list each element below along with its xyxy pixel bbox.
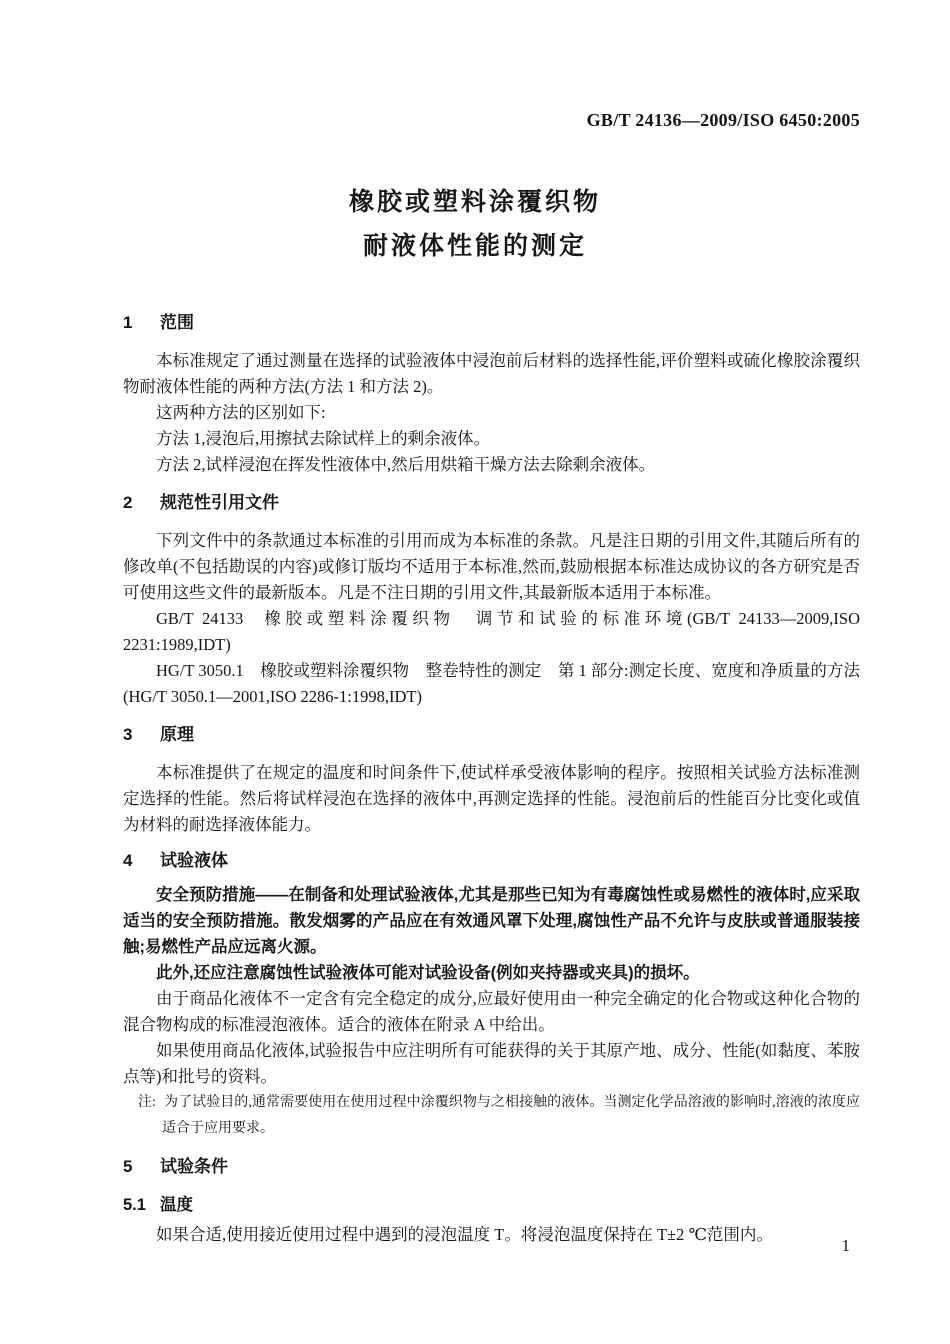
- paragraph: 方法 1,浸泡后,用擦拭去除试样上的剩余液体。: [123, 426, 860, 452]
- paragraph: 这两种方法的区别如下:: [123, 400, 860, 426]
- subsection-number: 5.1: [123, 1196, 146, 1214]
- section-number: 1: [123, 310, 160, 336]
- section-heading-principle: 3原理: [123, 722, 860, 748]
- section-number: 2: [123, 490, 160, 516]
- section-heading-scope: 1范围: [123, 310, 860, 336]
- paragraph: 本标准规定了通过测量在选择的试验液体中浸泡前后材料的选择性能,评价塑料或硫化橡胶…: [123, 348, 860, 400]
- section-number: 3: [123, 722, 160, 748]
- paragraph: 由于商品化液体不一定含有完全稳定的成分,应最好使用由一种完全确定的化合物或这种化…: [123, 986, 860, 1038]
- document-title: 橡胶或塑料涂覆织物 耐液体性能的测定: [0, 180, 950, 268]
- note-label: 注:: [138, 1095, 156, 1110]
- paragraph: 下列文件中的条款通过本标准的引用而成为本标准的条款。凡是注日期的引用文件,其随后…: [123, 528, 860, 606]
- section-title: 范围: [160, 313, 194, 332]
- section-number: 4: [123, 848, 160, 874]
- safety-warning-paragraph: 安全预防措施——在制备和处理试验液体,尤其是那些已知为有毒腐蚀性或易燃性的液体时…: [123, 882, 860, 960]
- safety-warning-paragraph: 此外,还应注意腐蚀性试验液体可能对试验设备(例如夹持器或夹具)的损坏。: [123, 960, 860, 986]
- reference-entry: GB/T 24133 橡胶或塑料涂覆织物 调节和试验的标准环境(GB/T 241…: [123, 606, 860, 658]
- section-heading-test-liquids: 4试验液体: [123, 848, 860, 874]
- subsection-title: 温度: [160, 1196, 193, 1214]
- document-page: GB/T 24136—2009/ISO 6450:2005 橡胶或塑料涂覆织物 …: [0, 0, 950, 1344]
- section-title: 试验条件: [160, 1157, 228, 1176]
- title-line-1: 橡胶或塑料涂覆织物: [0, 180, 950, 224]
- subsection-heading-temperature: 5.1温度: [123, 1192, 860, 1218]
- paragraph: 本标准提供了在规定的温度和时间条件下,使试样承受液体影响的程序。按照相关试验方法…: [123, 760, 860, 838]
- paragraph: 如果使用商品化液体,试验报告中应注明所有可能获得的关于其原产地、成分、性能(如黏…: [123, 1038, 860, 1090]
- section-heading-normative-references: 2规范性引用文件: [123, 490, 860, 516]
- paragraph: 如果合适,使用接近使用过程中遇到的浸泡温度 T。将浸泡温度保持在 T±2 ℃范围…: [123, 1222, 860, 1248]
- document-body: 1范围 本标准规定了通过测量在选择的试验液体中浸泡前后材料的选择性能,评价塑料或…: [123, 310, 860, 1248]
- title-line-2: 耐液体性能的测定: [0, 224, 950, 268]
- page-number: 1: [842, 1236, 851, 1256]
- note: 注:为了试验目的,通常需要使用在使用过程中涂覆织物与之相接触的液体。当测定化学品…: [138, 1090, 860, 1142]
- section-heading-test-conditions: 5试验条件: [123, 1154, 860, 1180]
- note-text: 为了试验目的,通常需要使用在使用过程中涂覆织物与之相接触的液体。当测定化学品溶液…: [162, 1095, 860, 1136]
- paragraph: 方法 2,试样浸泡在挥发性液体中,然后用烘箱干燥方法去除剩余液体。: [123, 452, 860, 478]
- reference-entry: HG/T 3050.1 橡胶或塑料涂覆织物 整卷特性的测定 第 1 部分:测定长…: [123, 658, 860, 710]
- section-title: 规范性引用文件: [160, 493, 279, 512]
- section-title: 试验液体: [160, 851, 228, 870]
- standard-code: GB/T 24136—2009/ISO 6450:2005: [0, 0, 860, 130]
- section-number: 5: [123, 1154, 160, 1180]
- section-title: 原理: [160, 725, 194, 744]
